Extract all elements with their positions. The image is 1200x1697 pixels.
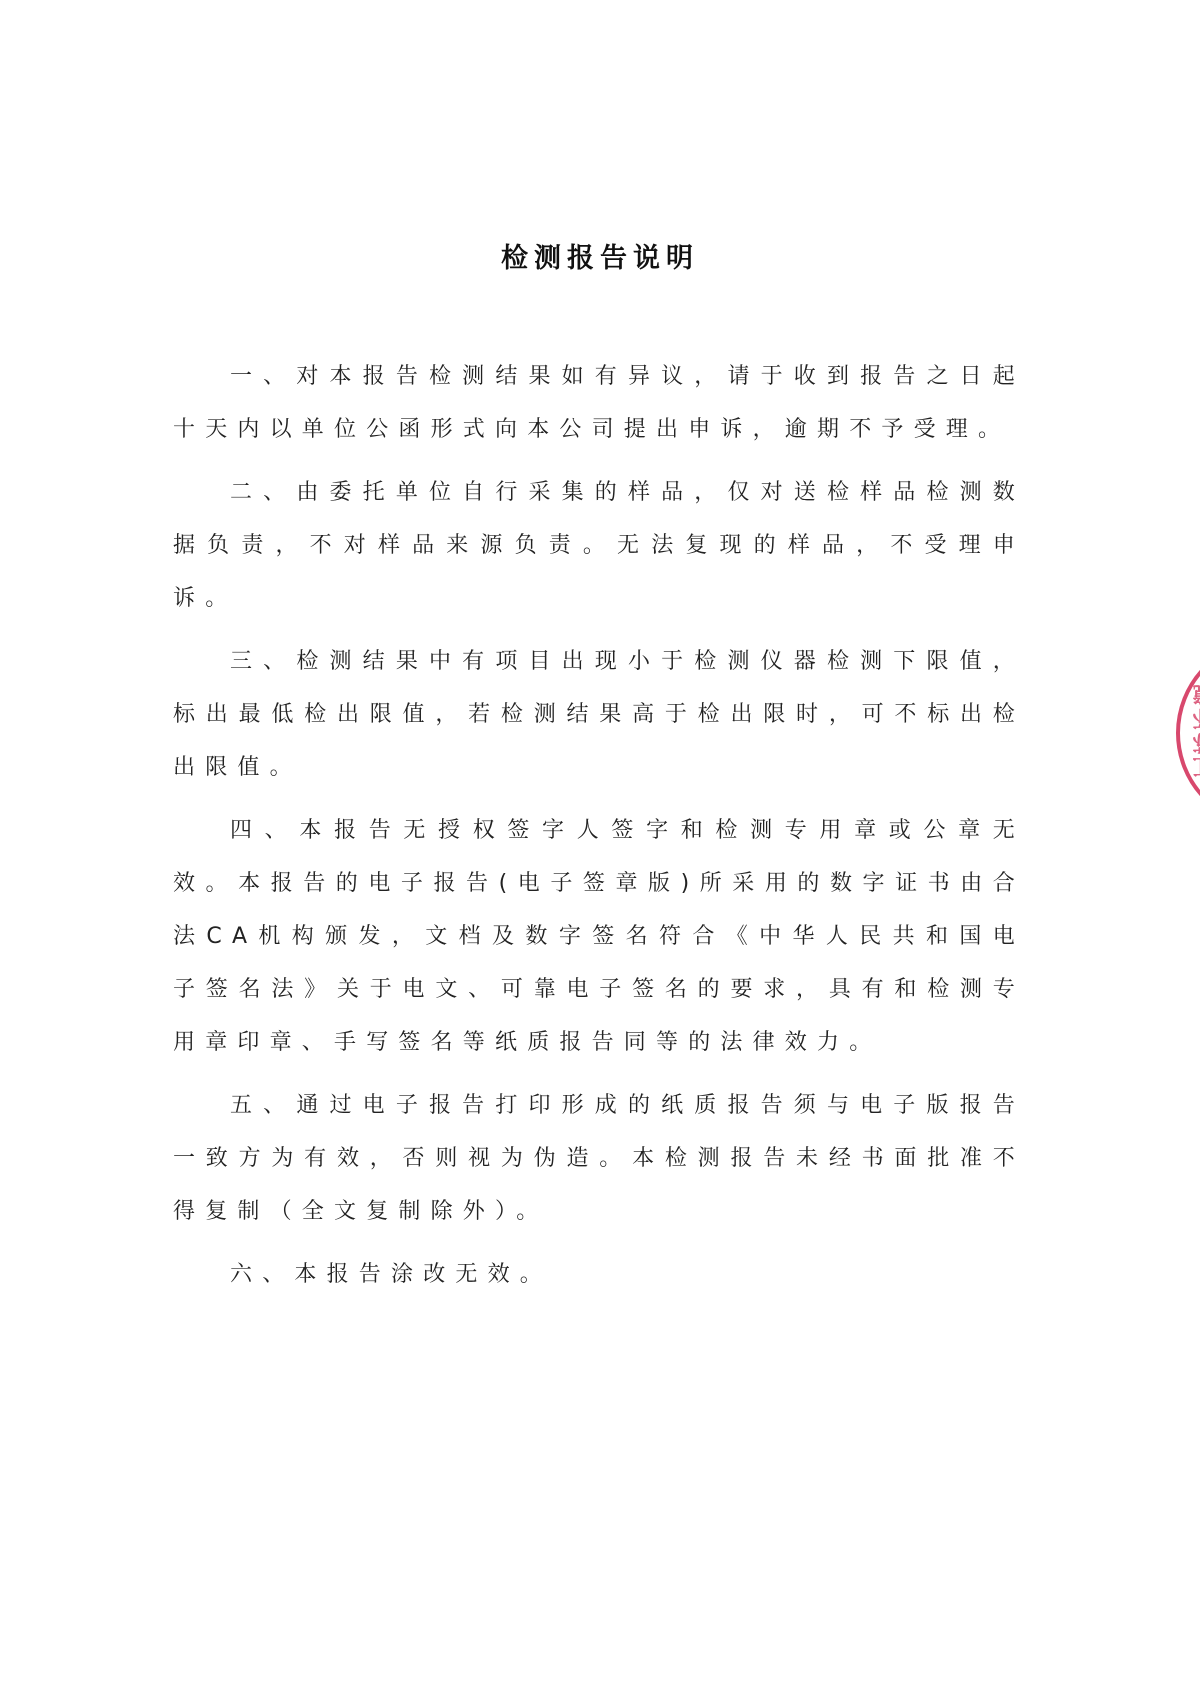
document-title: 检测报告说明 (0, 236, 1200, 275)
stamp-text: 江苏环境 (1190, 682, 1200, 778)
paragraph-6: 六、本报告涂改无效。 (173, 1248, 1025, 1301)
document-page: 检测报告说明 一、对本报告检测结果如有异议，请于收到报告之日起十天内以单位公函形… (0, 0, 1200, 1697)
document-body: 一、对本报告检测结果如有异议，请于收到报告之日起十天内以单位公函形式向本公司提出… (173, 350, 1025, 1311)
paragraph-2: 二、由委托单位自行采集的样品，仅对送检样品检测数据负责，不对样品来源负责。无法复… (173, 466, 1025, 625)
paragraph-4: 四、本报告无授权签字人签字和检测专用章或公章无效。本报告的电子报告(电子签章版)… (173, 804, 1025, 1069)
paragraph-5: 五、通过电子报告打印形成的纸质报告须与电子版报告一致方为有效，否则视为伪造。本检… (173, 1079, 1025, 1238)
paragraph-1: 一、对本报告检测结果如有异议，请于收到报告之日起十天内以单位公函形式向本公司提出… (173, 350, 1025, 456)
paragraph-3: 三、检测结果中有项目出现小于检测仪器检测下限值，标出最低检出限值，若检测结果高于… (173, 635, 1025, 794)
company-seal-stamp: 江苏环境 (1176, 638, 1200, 828)
